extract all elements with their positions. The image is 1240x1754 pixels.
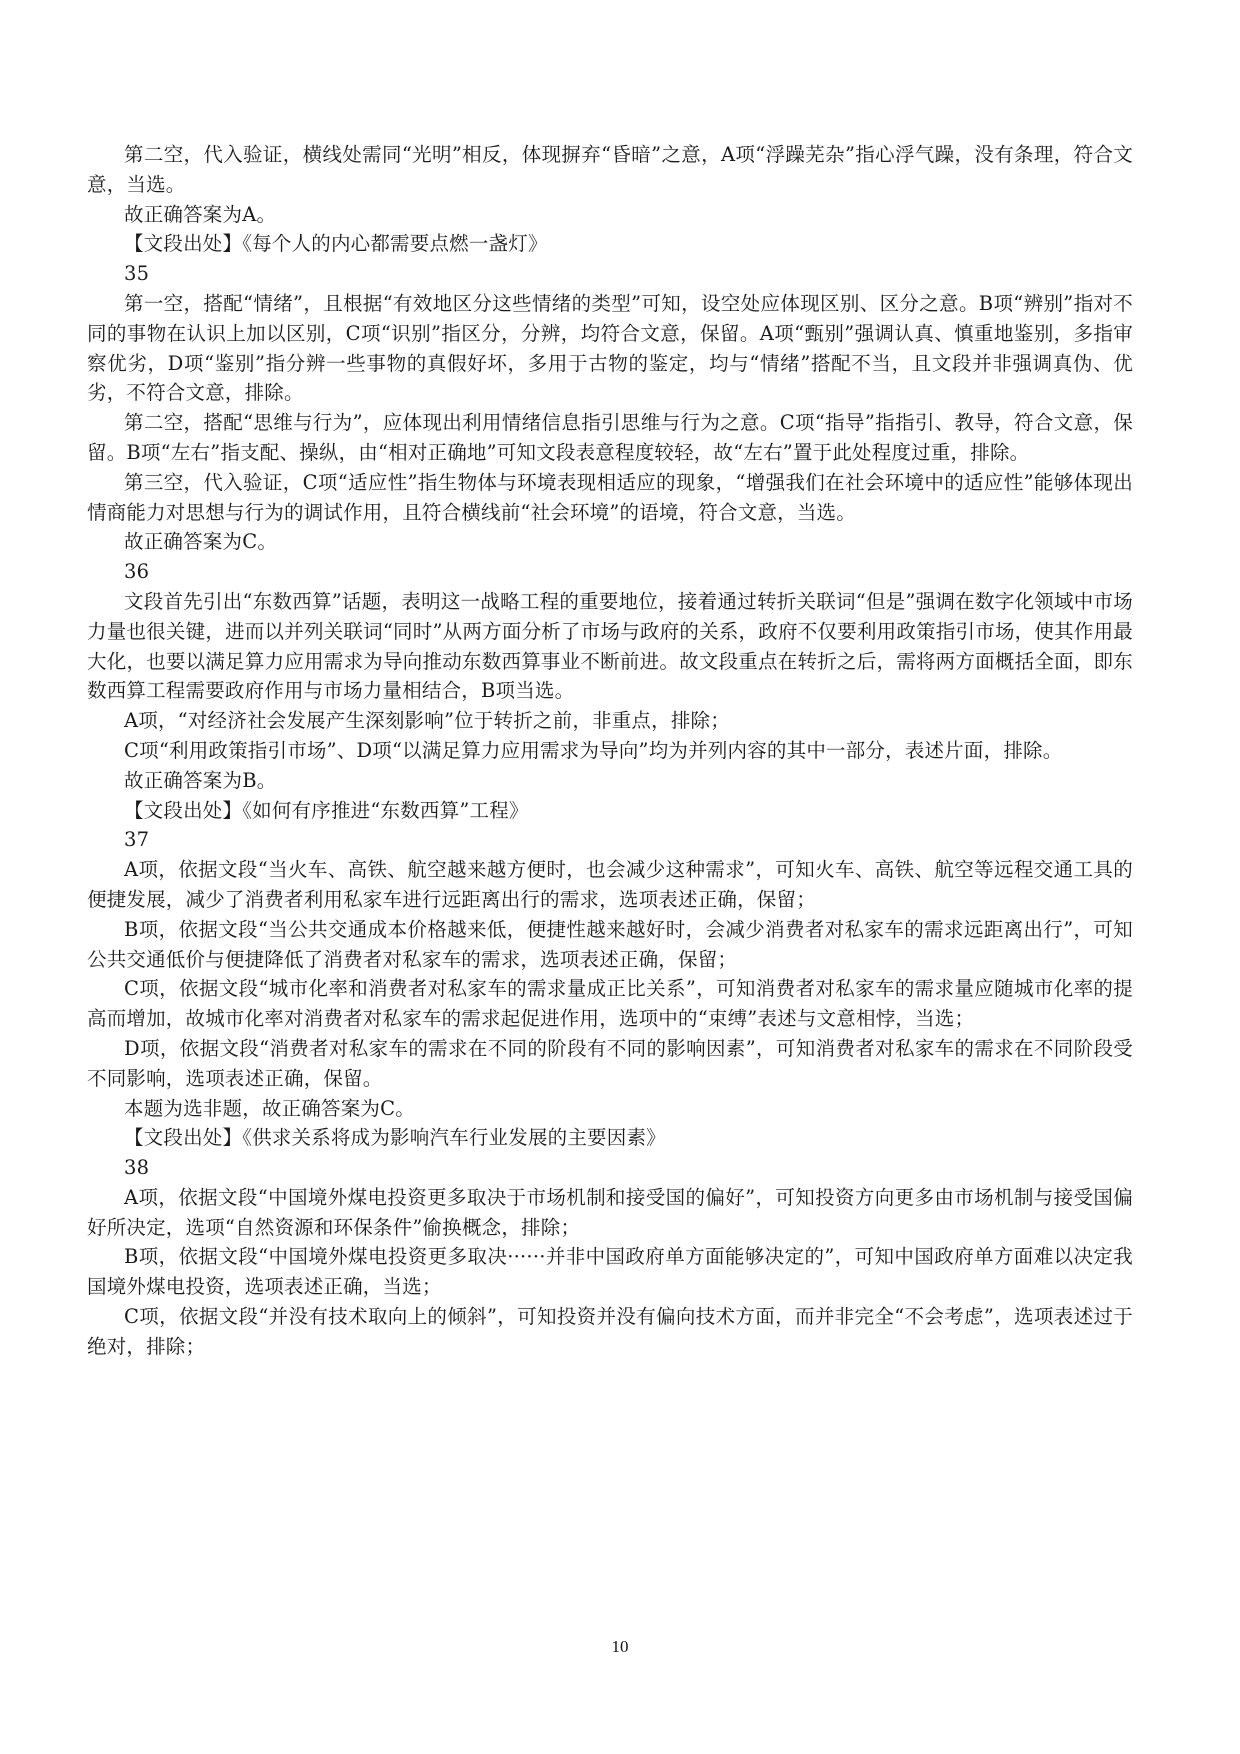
paragraph-q35-blank2: 第二空，搭配“思维与行为”，应体现出利用情绪信息指引思维与行为之意。C项“指导”… [87, 408, 1133, 468]
paragraph-q34-source: 【文段出处】《每个人的内心都需要点燃一盏灯》 [87, 229, 1133, 259]
paragraph-q34-answer: 故正确答案为A。 [87, 200, 1133, 230]
paragraph-q37-source: 【文段出处】《供求关系将成为影响汽车行业发展的主要因素》 [87, 1123, 1133, 1153]
paragraph-q38-option-b: B项，依据文段“中国境外煤电投资更多取决······并非中国政府单方面能够决定的… [87, 1242, 1133, 1302]
paragraph-q37-answer: 本题为选非题，故正确答案为C。 [87, 1094, 1133, 1124]
question-number-37: 37 [87, 825, 1133, 855]
document-body: 第二空，代入验证，横线处需同“光明”相反，体现摒弃“昏暗”之意，A项“浮躁芜杂”… [87, 140, 1133, 1362]
paragraph-q38-option-c: C项，依据文段“并没有技术取向上的倾斜”，可知投资并没有偏向技术方面，而并非完全… [87, 1302, 1133, 1362]
paragraph-q36-option-a: A项，“对经济社会发展产生深刻影响”位于转折之前，非重点，排除； [87, 706, 1133, 736]
paragraph-q36-option-cd: C项“利用政策指引市场”、D项“以满足算力应用需求为导向”均为并列内容的其中一部… [87, 736, 1133, 766]
page-number: 10 [0, 1637, 1240, 1657]
question-number-38: 38 [87, 1153, 1133, 1183]
question-number-35: 35 [87, 259, 1133, 289]
paragraph-q37-option-c: C项，依据文段“城市化率和消费者对私家车的需求量成正比关系”，可知消费者对私家车… [87, 974, 1133, 1034]
paragraph-q37-option-a: A项，依据文段“当火车、高铁、航空越来越方便时，也会减少这种需求”，可知火车、高… [87, 855, 1133, 915]
paragraph-q35-blank1: 第一空，搭配“情绪”，且根据“有效地区分这些情绪的类型”可知，设空处应体现区别、… [87, 289, 1133, 408]
paragraph-q36-answer: 故正确答案为B。 [87, 766, 1133, 796]
paragraph-q36-source: 【文段出处】《如何有序推进“东数西算”工程》 [87, 796, 1133, 826]
paragraph-q37-option-d: D项，依据文段“消费者对私家车的需求在不同的阶段有不同的影响因素”，可知消费者对… [87, 1034, 1133, 1094]
question-number-36: 36 [87, 557, 1133, 587]
paragraph-q35-blank3: 第三空，代入验证，C项“适应性”指生物体与环境表现相适应的现象，“增强我们在社会… [87, 468, 1133, 528]
paragraph-q37-option-b: B项，依据文段“当公共交通成本价格越来低，便捷性越来越好时，会减少消费者对私家车… [87, 915, 1133, 975]
paragraph-q34-blank2: 第二空，代入验证，横线处需同“光明”相反，体现摒弃“昏暗”之意，A项“浮躁芜杂”… [87, 140, 1133, 200]
paragraph-q36-analysis: 文段首先引出“东数西算”话题，表明这一战略工程的重要地位，接着通过转折关联词“但… [87, 587, 1133, 706]
paragraph-q38-option-a: A项，依据文段“中国境外煤电投资更多取决于市场机制和接受国的偏好”，可知投资方向… [87, 1183, 1133, 1243]
paragraph-q35-answer: 故正确答案为C。 [87, 527, 1133, 557]
